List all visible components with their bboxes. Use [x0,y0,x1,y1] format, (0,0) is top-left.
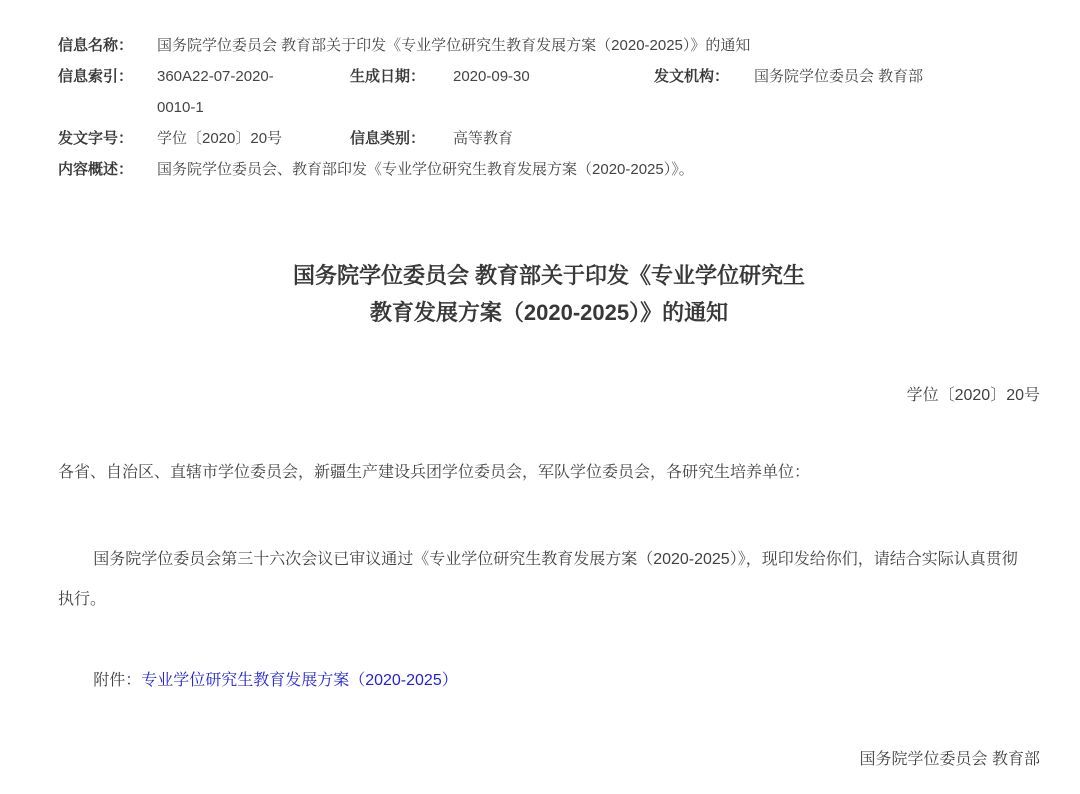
body-paragraph: 国务院学位委员会第三十六次会议已审议通过《专业学位研究生教育发展方案（2020-… [58,540,1022,620]
meta-label-category: 信息类别： [350,123,453,154]
meta-label-date: 生成日期： [350,61,453,123]
meta-value-date: 2020-09-30 [453,61,654,123]
salutation: 各省、自治区、直辖市学位委员会，新疆生产建设兵团学位委员会，军队学位委员会，各研… [58,461,1040,485]
signature: 国务院学位委员会 教育部 [58,748,1040,772]
notice-page: 信息名称： 国务院学位委员会 教育部关于印发《专业学位研究生教育发展方案（202… [0,0,1080,794]
document-title-line1: 国务院学位委员会 教育部关于印发《专业学位研究生 [58,257,1040,294]
attachment-label: 附件： [93,672,141,689]
meta-value-index: 360A22-07-2020-0010-1 [157,61,307,123]
meta-label-summary: 内容概述： [58,154,157,185]
attachment-link[interactable]: 专业学位研究生教育发展方案（2020-2025） [141,672,458,689]
meta-value-name: 国务院学位委员会 教育部关于印发《专业学位研究生教育发展方案（2020-2025… [157,30,1040,61]
meta-value-agency: 国务院学位委员会 教育部 [754,61,1040,123]
meta-label-docno: 发文字号： [58,123,157,154]
meta-value-docno: 学位〔2020〕20号 [157,123,350,154]
document-number: 学位〔2020〕20号 [58,384,1040,408]
meta-label-agency: 发文机构： [654,61,754,123]
document-title: 国务院学位委员会 教育部关于印发《专业学位研究生 教育发展方案（2020-202… [58,257,1040,331]
meta-label-index: 信息索引： [58,61,157,123]
document-meta-table: 信息名称： 国务院学位委员会 教育部关于印发《专业学位研究生教育发展方案（202… [58,30,1040,185]
meta-value-summary: 国务院学位委员会、教育部印发《专业学位研究生教育发展方案（2020-2025）》… [157,154,1040,185]
meta-label-name: 信息名称： [58,30,157,61]
attachment-line: 附件：专业学位研究生教育发展方案（2020-2025） [58,669,1040,693]
document-title-line2: 教育发展方案（2020-2025）》的通知 [58,294,1040,331]
meta-value-category: 高等教育 [453,123,654,154]
